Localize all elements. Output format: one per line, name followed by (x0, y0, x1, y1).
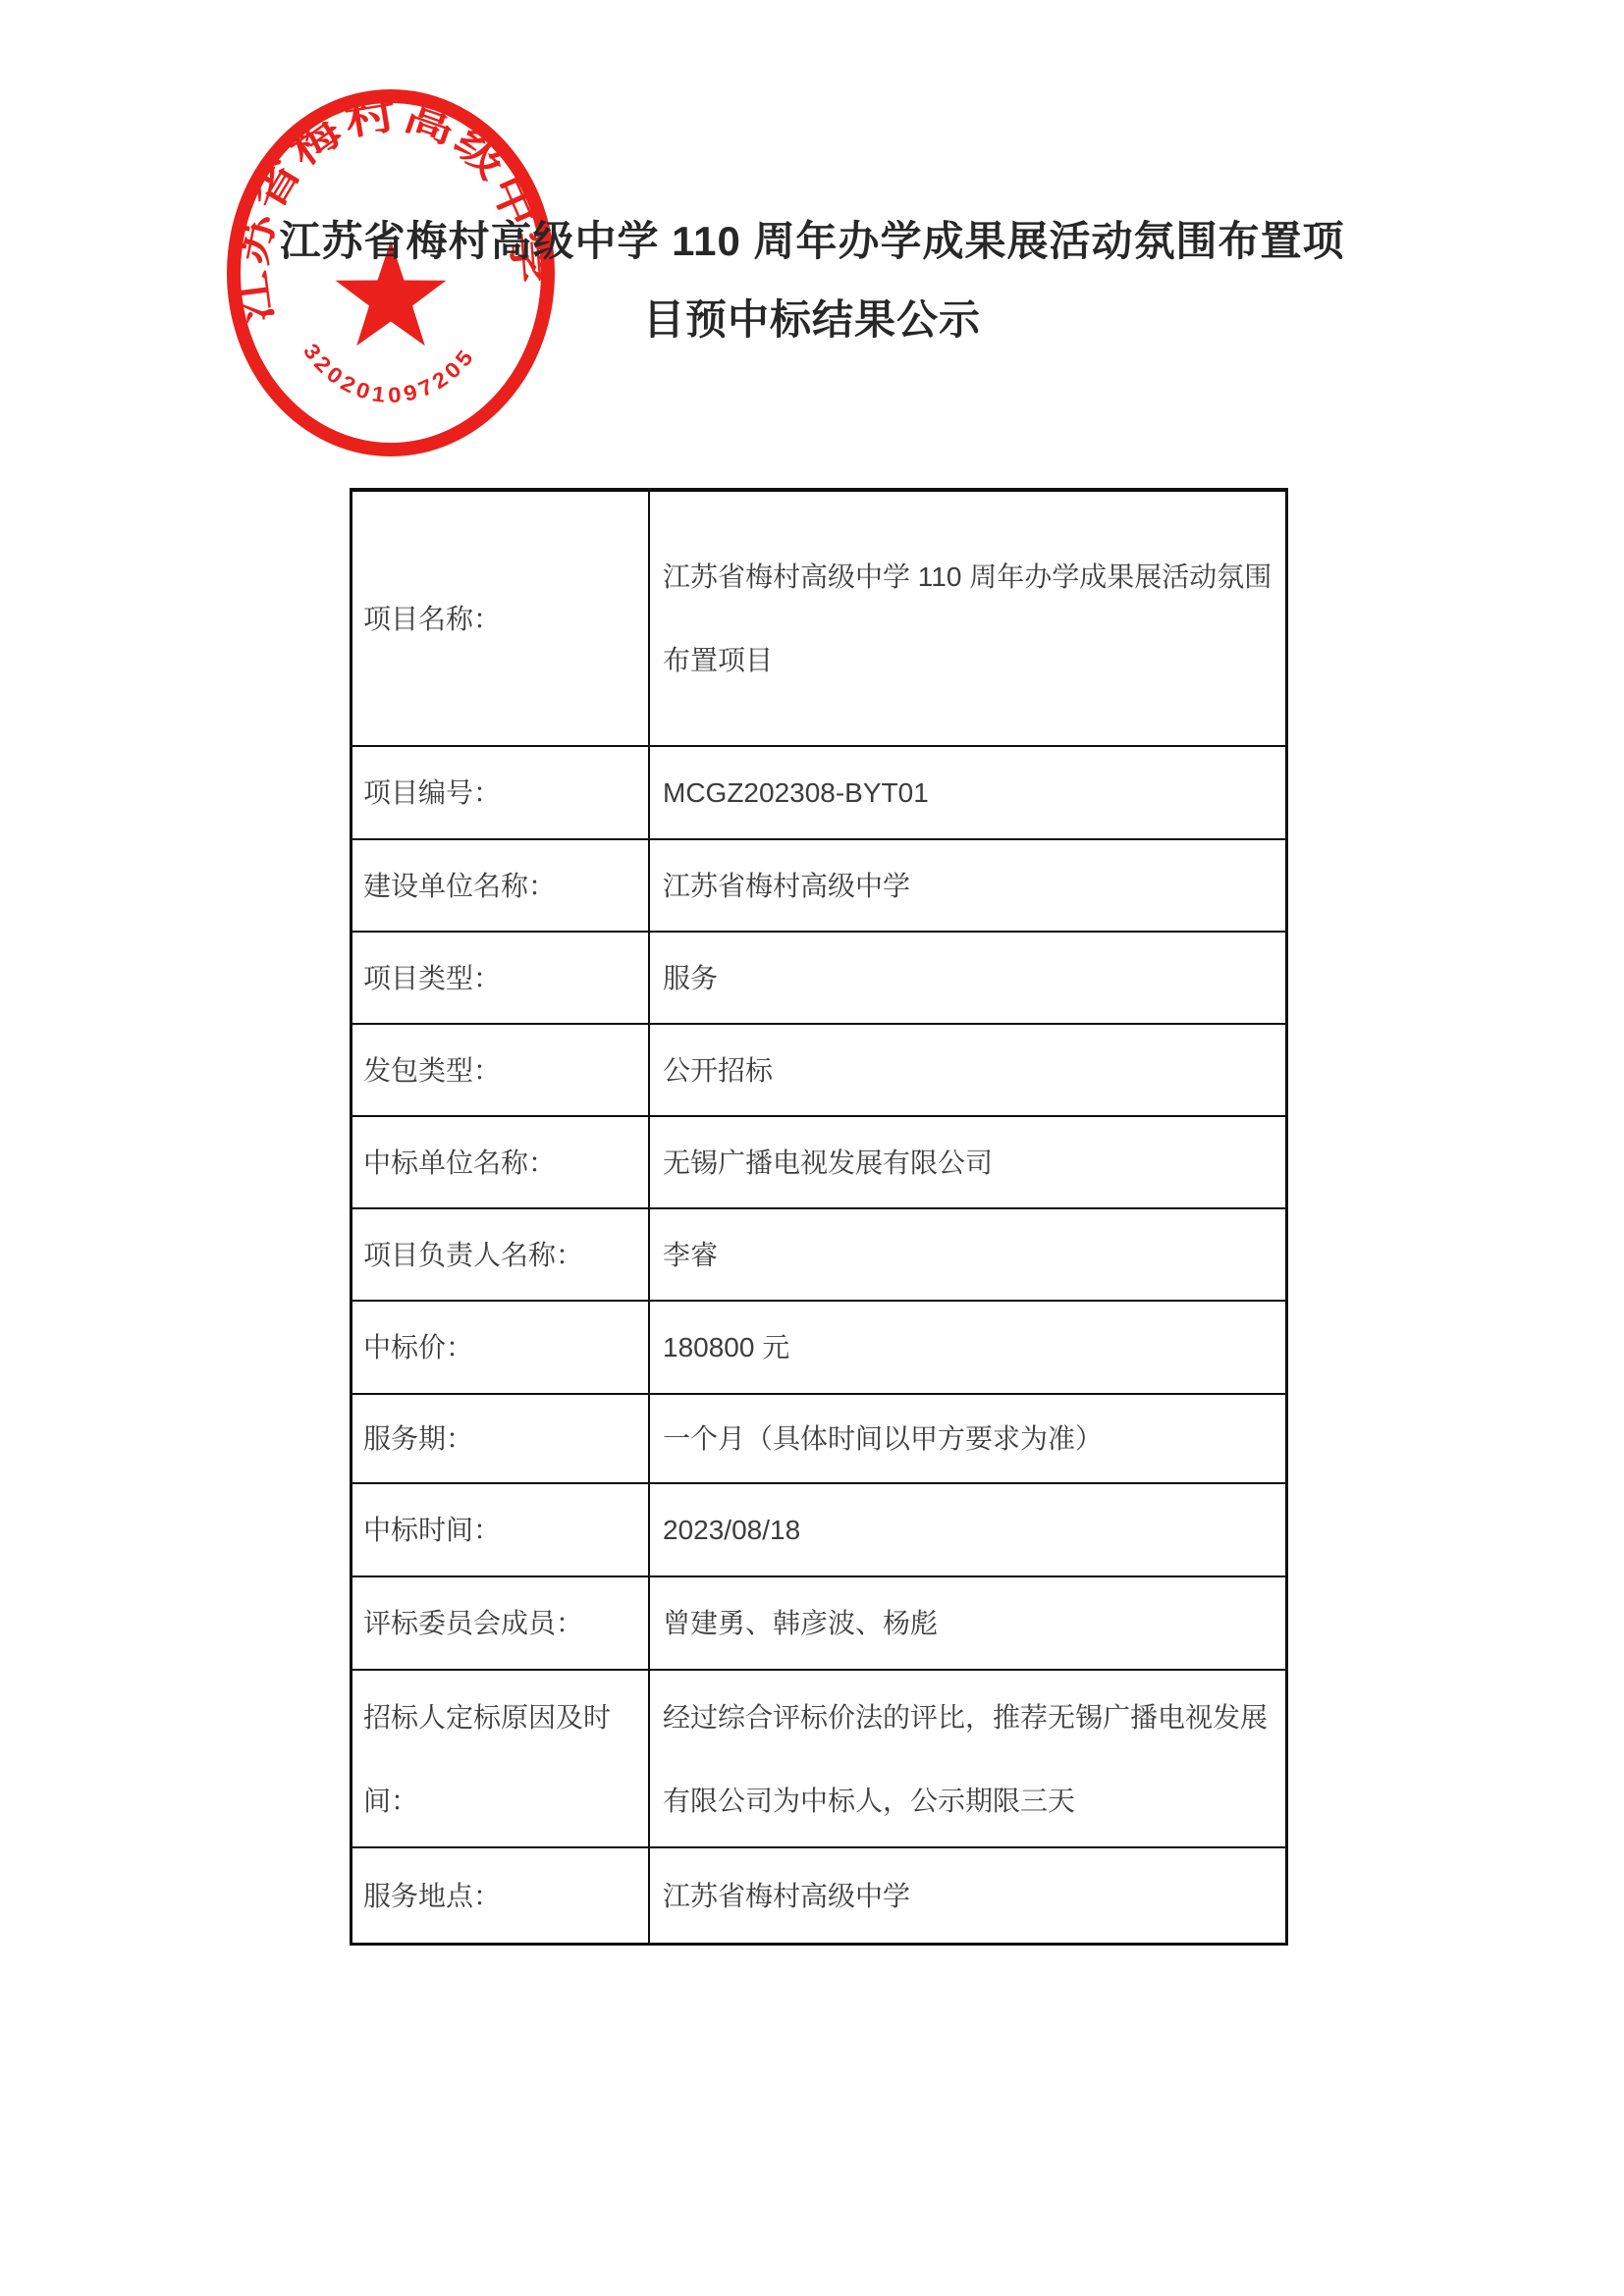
row-value: 服务 (650, 933, 1285, 1023)
row-label: 中标价： (352, 1302, 650, 1393)
row-label: 评标委员会成员： (352, 1577, 650, 1669)
row-label: 发包类型： (352, 1025, 650, 1115)
row-label: 项目名称： (352, 492, 650, 745)
row-label: 服务期： (352, 1395, 650, 1482)
document-page: 江苏省梅村高级中学 3202010972055 江苏省梅村高级中学 110 周年… (0, 0, 1624, 2296)
table-row: 中标单位名称：无锡广播电视发展有限公司 (352, 1115, 1285, 1207)
table-row: 中标时间：2023/08/18 (352, 1482, 1285, 1575)
table-row: 招标人定标原因及时间：经过综合评标价法的评比，推荐无锡广播电视发展有限公司为中标… (352, 1669, 1285, 1846)
row-value: 曾建勇、韩彦波、杨彪 (650, 1577, 1285, 1669)
table-row: 发包类型：公开招标 (352, 1023, 1285, 1115)
row-label: 招标人定标原因及时间： (352, 1671, 650, 1846)
row-value: 无锡广播电视发展有限公司 (650, 1117, 1285, 1207)
table-row: 项目名称：江苏省梅村高级中学 110 周年办学成果展活动氛围布置项目 (352, 492, 1285, 745)
table-row: 服务期：一个月（具体时间以甲方要求为准） (352, 1393, 1285, 1482)
row-value: 公开招标 (650, 1025, 1285, 1115)
table-row: 项目类型：服务 (352, 931, 1285, 1023)
row-value: 江苏省梅村高级中学 110 周年办学成果展活动氛围布置项目 (650, 492, 1285, 745)
row-value: 2023/08/18 (650, 1484, 1285, 1575)
row-value: 江苏省梅村高级中学 (650, 840, 1285, 931)
table-row: 项目编号：MCGZ202308-BYT01 (352, 745, 1285, 838)
row-value: 一个月（具体时间以甲方要求为准） (650, 1395, 1285, 1482)
row-value: 180800 元 (650, 1302, 1285, 1393)
row-value: 江苏省梅村高级中学 (650, 1848, 1285, 1943)
row-value: 李睿 (650, 1209, 1285, 1300)
table-row: 评标委员会成员：曾建勇、韩彦波、杨彪 (352, 1575, 1285, 1669)
table-row: 中标价：180800 元 (352, 1300, 1285, 1393)
table-row: 服务地点：江苏省梅村高级中学 (352, 1846, 1285, 1943)
row-label: 建设单位名称： (352, 840, 650, 931)
table-row: 建设单位名称：江苏省梅村高级中学 (352, 838, 1285, 931)
page-title: 江苏省梅村高级中学 110 周年办学成果展活动氛围布置项 目预中标结果公示 (0, 202, 1624, 359)
table-row: 项目负责人名称：李睿 (352, 1207, 1285, 1300)
row-label: 项目负责人名称： (352, 1209, 650, 1300)
page-title-line-1: 江苏省梅村高级中学 110 周年办学成果展活动氛围布置项 (0, 202, 1624, 281)
row-label: 项目编号： (352, 747, 650, 838)
row-label: 中标单位名称： (352, 1117, 650, 1207)
row-value: 经过综合评标价法的评比，推荐无锡广播电视发展有限公司为中标人，公示期限三天 (650, 1671, 1285, 1846)
row-label: 中标时间： (352, 1484, 650, 1575)
bid-result-table: 项目名称：江苏省梅村高级中学 110 周年办学成果展活动氛围布置项目项目编号：M… (350, 488, 1288, 1946)
row-label: 服务地点： (352, 1848, 650, 1943)
page-title-line-2: 目预中标结果公示 (0, 281, 1624, 359)
row-value: MCGZ202308-BYT01 (650, 747, 1285, 838)
row-label: 项目类型： (352, 933, 650, 1023)
